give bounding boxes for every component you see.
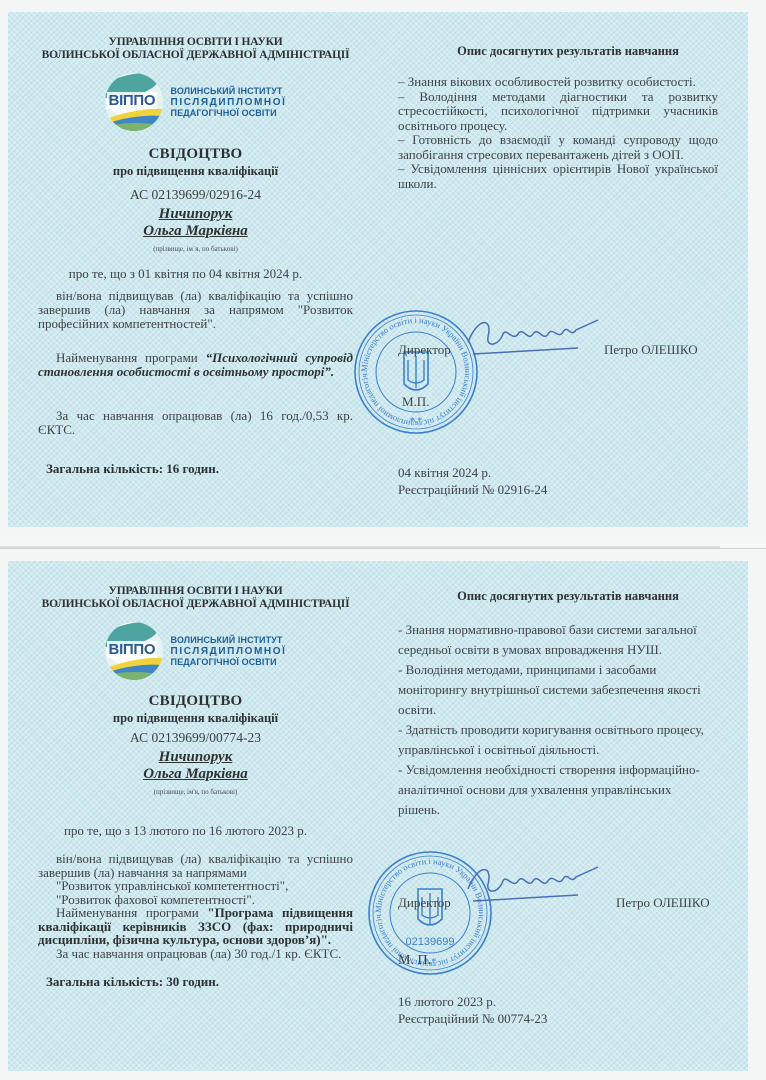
total-hours: Загальна кількість: 16 годин. [8, 461, 383, 477]
direction-1: "Розвиток управлінської компетентності", [38, 879, 353, 893]
results-title: Опис досягнутих результатів навчання [388, 589, 748, 604]
registration-number: Реєстраційний № 00774-23 [398, 1010, 547, 1027]
training-period: про те, що з 13 лютого по 16 лютого 2023… [8, 824, 383, 838]
person-surname: Ничипорук [8, 206, 383, 223]
completion-text: він/вона підвищував (ла) кваліфікацію та… [8, 852, 383, 906]
logo-emblem-icon: ВІППО [105, 73, 163, 131]
director-label: Директор [398, 895, 451, 911]
director-signature-icon [458, 859, 608, 909]
issue-info: 16 лютого 2023 р. Реєстраційний № 00774-… [398, 993, 547, 1027]
org-line-1: УПРАВЛІННЯ ОСВІТИ І НАУКИ [8, 585, 383, 598]
logo-institute-name: ВОЛИНСЬКИЙ ІНСТИТУТ ПІСЛЯДИПЛОМНОЇ ПЕДАГ… [171, 86, 287, 119]
issuing-authority: УПРАВЛІННЯ ОСВІТИ І НАУКИ ВОЛИНСЬКОЇ ОБЛ… [8, 36, 383, 62]
svg-text:02139699: 02139699 [406, 936, 455, 948]
logo-line-1: ВОЛИНСЬКИЙ ІНСТИТУТ [171, 86, 287, 97]
logo-institute-name: ВОЛИНСЬКИЙ ІНСТИТУТ ПІСЛЯДИПЛОМНОЇ ПЕДАГ… [171, 635, 287, 668]
result-item: – Готовність до взаємодії у команді супр… [398, 133, 718, 162]
result-item: - Здатність проводити коригування освітн… [398, 720, 708, 760]
seal-label: М. П. [398, 953, 431, 969]
result-item: – Володіння методами діагностики та розв… [398, 90, 718, 134]
logo-abbreviation: ВІППО [107, 92, 158, 109]
result-item: – Усвідомлення ціннісних орієнтирів Ново… [398, 162, 718, 191]
logo-line-3: ПЕДАГОГІЧНОЇ ОСВІТИ [171, 657, 287, 668]
completion-line: він/вона підвищував (ла) кваліфікацію та… [38, 852, 353, 879]
name-caption: (прізвище, ім`я, по батькові) [8, 245, 383, 253]
total-hours: Загальна кількість: 30 годин. [8, 974, 383, 990]
certificate-back: Опис досягнутих результатів навчання - З… [388, 561, 748, 1071]
svg-text:* *: * * [410, 416, 423, 427]
logo-line-1: ВОЛИНСЬКИЙ ІНСТИТУТ [171, 635, 287, 646]
certificate-number: АС 02139699/00774-23 [8, 730, 383, 746]
logo-line-2: ПІСЛЯДИПЛОМНОЇ [171, 97, 287, 108]
direction-2: "Розвиток фахової компетентності". [38, 893, 353, 907]
org-line-2: ВОЛИНСЬКОЇ ОБЛАСНОЇ ДЕРЖАВНОЇ АДМІНІСТРА… [8, 598, 383, 611]
org-line-1: УПРАВЛІННЯ ОСВІТИ І НАУКИ [8, 36, 383, 49]
logo-emblem-icon: ВІППО [105, 622, 163, 680]
issuing-authority: УПРАВЛІННЯ ОСВІТИ І НАУКИ ВОЛИНСЬКОЇ ОБЛ… [8, 585, 383, 611]
certificate-front: УПРАВЛІННЯ ОСВІТИ І НАУКИ ВОЛИНСЬКОЇ ОБЛ… [8, 561, 383, 1071]
study-hours: За час навчання опрацював (ла) 30 год./1… [8, 947, 383, 961]
org-line-2: ВОЛИНСЬКОЇ ОБЛАСНОЇ ДЕРЖАВНОЇ АДМІНІСТРА… [8, 49, 383, 62]
logo-abbreviation: ВІППО [107, 641, 158, 658]
program-paragraph: Найменування програми "Програма підвищен… [8, 906, 383, 947]
registration-number: Реєстраційний № 02916-24 [398, 481, 547, 498]
certificate-front: УПРАВЛІННЯ ОСВІТИ І НАУКИ ВОЛИНСЬКОЇ ОБЛ… [8, 12, 383, 527]
logo-line-2: ПІСЛЯДИПЛОМНОЇ [171, 646, 287, 657]
director-name: Петро ОЛЕШКО [616, 895, 710, 911]
certificate-2023: УПРАВЛІННЯ ОСВІТИ І НАУКИ ВОЛИНСЬКОЇ ОБЛ… [8, 561, 748, 1071]
program-label: Найменування програми [56, 350, 206, 365]
results-list: - Знання нормативно-правової бази систем… [388, 620, 748, 820]
result-item: - Знання нормативно-правової бази систем… [398, 620, 708, 660]
certificate-number: АС 02139699/02916-24 [8, 187, 383, 203]
certificate-page-2: УПРАВЛІННЯ ОСВІТИ І НАУКИ ВОЛИНСЬКОЇ ОБЛ… [0, 548, 766, 1080]
certificate-subtitle: про підвищення кваліфікації [8, 711, 383, 726]
results-list: – Знання вікових особливостей розвитку о… [388, 75, 748, 191]
issue-date: 16 лютого 2023 р. [398, 993, 547, 1010]
person-surname: Ничипорук [8, 749, 383, 766]
name-caption: (прізвище, ім'я, по батькові) [8, 788, 383, 796]
result-item: - Усвідомлення необхідності створення ін… [398, 760, 708, 820]
person-name: Ольга Марківна [8, 223, 383, 240]
issue-info: 04 квітня 2024 р. Реєстраційний № 02916-… [398, 464, 547, 498]
certificate-page-1: УПРАВЛІННЯ ОСВІТИ І НАУКИ ВОЛИНСЬКОЇ ОБЛ… [0, 0, 766, 535]
certificate-2024: УПРАВЛІННЯ ОСВІТИ І НАУКИ ВОЛИНСЬКОЇ ОБЛ… [8, 12, 748, 527]
results-title: Опис досягнутих результатів навчання [388, 44, 748, 59]
svg-text:Міністерство освіти і науки Ук: Міністерство освіти і науки України Воли… [352, 308, 473, 429]
study-hours: За час навчання опрацював (ла) 16 год./0… [8, 409, 383, 437]
director-name: Петро ОЛЕШКО [604, 342, 698, 358]
director-label: Директор [398, 342, 451, 358]
vippo-logo: ВІППО ВОЛИНСЬКИЙ ІНСТИТУТ ПІСЛЯДИПЛОМНОЇ… [8, 74, 383, 130]
certificate-subtitle: про підвищення кваліфікації [8, 164, 383, 179]
vippo-logo: ВІППО ВОЛИНСЬКИЙ ІНСТИТУТ ПІСЛЯДИПЛОМНОЇ… [8, 623, 383, 679]
training-period: про те, що з 01 квітня по 04 квітня 2024… [8, 267, 383, 281]
issue-date: 04 квітня 2024 р. [398, 464, 547, 481]
result-item: - Володіння методами, принципами і засоб… [398, 660, 708, 720]
program-paragraph: Найменування програми “Психологічний суп… [8, 351, 383, 379]
seal-label: М.П. [402, 394, 429, 410]
result-item: – Знання вікових особливостей розвитку о… [398, 75, 718, 90]
logo-line-3: ПЕДАГОГІЧНОЇ ОСВІТИ [171, 108, 287, 119]
person-name: Ольга Марківна [8, 766, 383, 783]
certificate-title: СВІДОЦТВО [8, 146, 383, 163]
certificate-back: Опис досягнутих результатів навчання – З… [388, 12, 748, 527]
certificate-title: СВІДОЦТВО [8, 693, 383, 710]
director-signature-icon [458, 312, 608, 362]
completion-text: він/вона підвищував (ла) кваліфікацію та… [8, 289, 383, 331]
